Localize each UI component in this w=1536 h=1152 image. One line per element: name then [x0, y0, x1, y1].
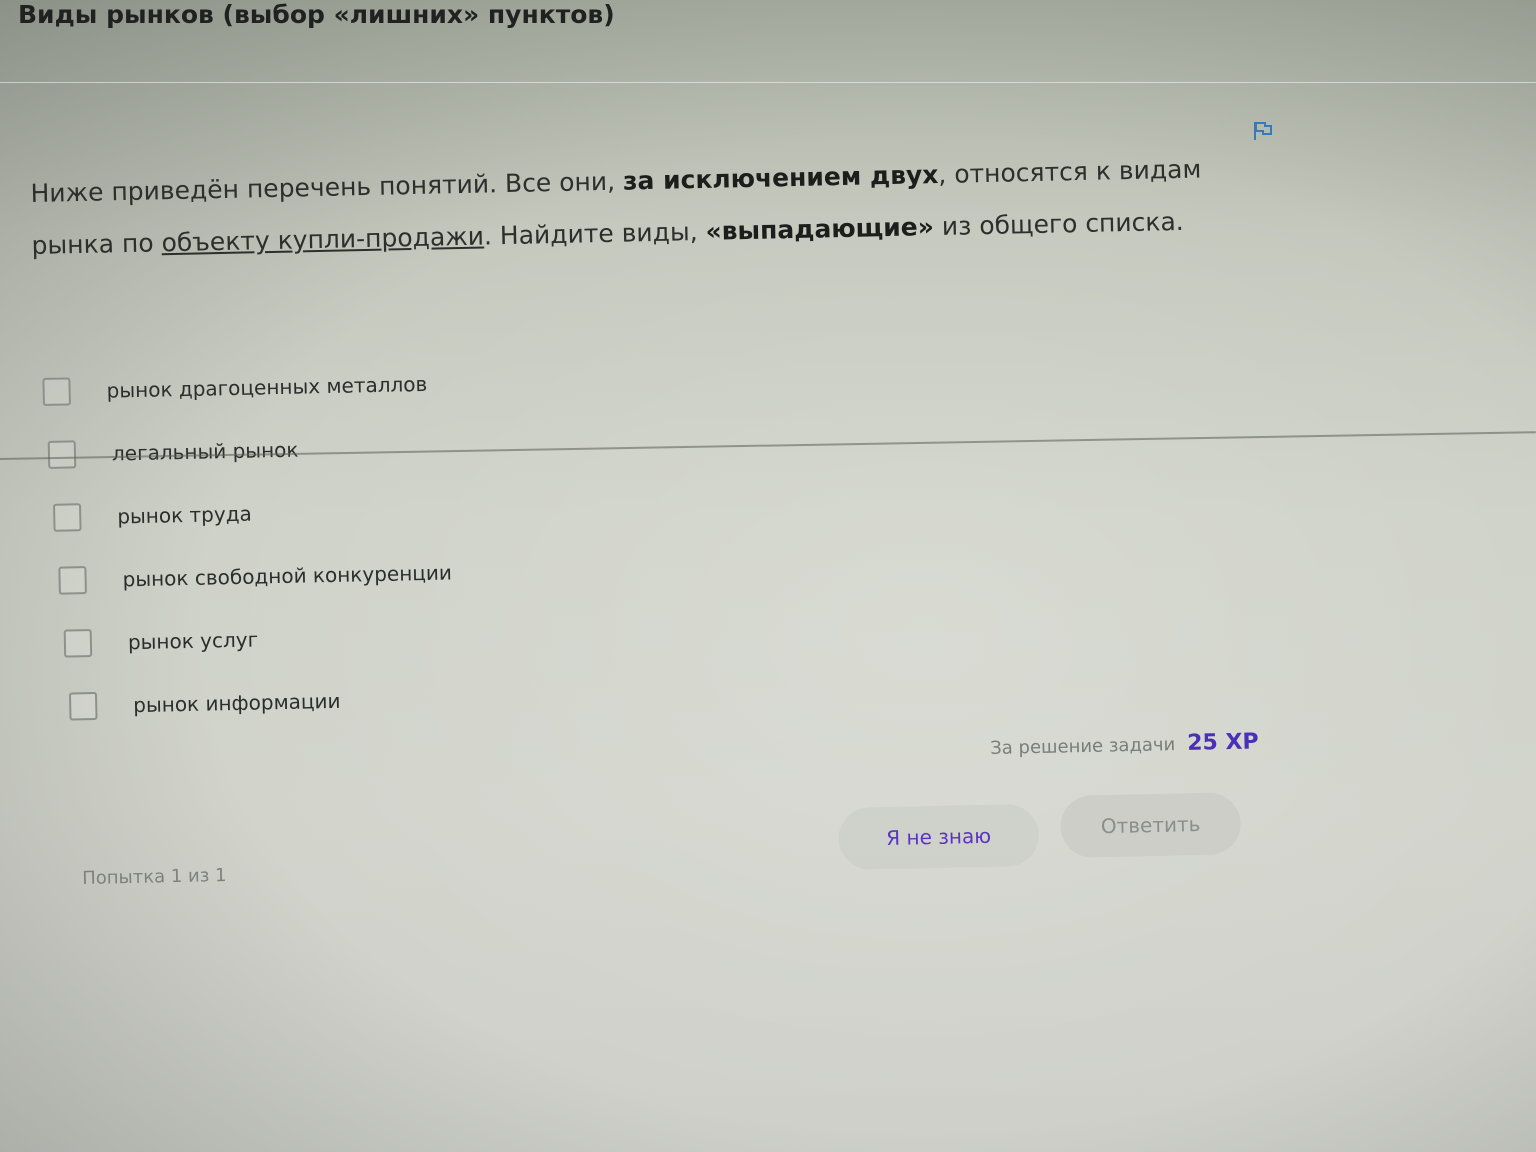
header-divider — [0, 82, 1536, 83]
question-part: из общего списка. — [934, 207, 1184, 241]
option-checkbox[interactable] — [53, 503, 82, 532]
question-underlined-term: объекту купли-продажи — [161, 222, 484, 258]
attempt-counter: Попытка 1 из 1 — [82, 865, 227, 889]
option-item[interactable]: рынок информации — [69, 666, 456, 737]
question-emphasis: «выпадающие» — [705, 212, 934, 246]
question-part: . Найдите виды, — [484, 217, 706, 251]
option-checkbox[interactable] — [58, 566, 87, 595]
option-checkbox[interactable] — [42, 377, 71, 406]
option-label: рынок информации — [133, 688, 341, 716]
question-part: Ниже приведён перечень понятий. Все они, — [30, 167, 623, 208]
flag-icon[interactable] — [1252, 120, 1274, 142]
options-list: рынок драгоценных металлов легальный рын… — [42, 352, 455, 738]
reward-label: За решение задачи — [990, 734, 1175, 759]
option-label: рынок услуг — [128, 627, 259, 654]
option-label: рынок труда — [117, 501, 252, 528]
option-item[interactable]: рынок труда — [53, 477, 452, 548]
option-item[interactable]: рынок услуг — [63, 603, 454, 674]
option-label: легальный рынок — [112, 437, 299, 465]
option-item[interactable]: рынок драгоценных металлов — [42, 352, 449, 423]
dont-know-button[interactable]: Я не знаю — [838, 804, 1039, 870]
page-title: Виды рынков (выбор «лишних» пунктов) — [18, 0, 615, 29]
reward-info: За решение задачи 25 XP — [990, 729, 1259, 760]
option-checkbox[interactable] — [69, 691, 98, 720]
option-label: рынок свободной конкуренции — [122, 560, 452, 591]
option-item[interactable]: рынок свободной конкуренции — [58, 540, 453, 611]
option-checkbox[interactable] — [48, 440, 77, 469]
question-emphasis: за исключением двух — [623, 160, 939, 196]
option-label: рынок драгоценных металлов — [106, 371, 427, 402]
option-checkbox[interactable] — [64, 629, 93, 658]
reward-value: 25 XP — [1187, 729, 1259, 755]
question-text: Ниже приведён перечень понятий. Все они,… — [30, 143, 1212, 272]
answer-button[interactable]: Ответить — [1060, 792, 1241, 858]
